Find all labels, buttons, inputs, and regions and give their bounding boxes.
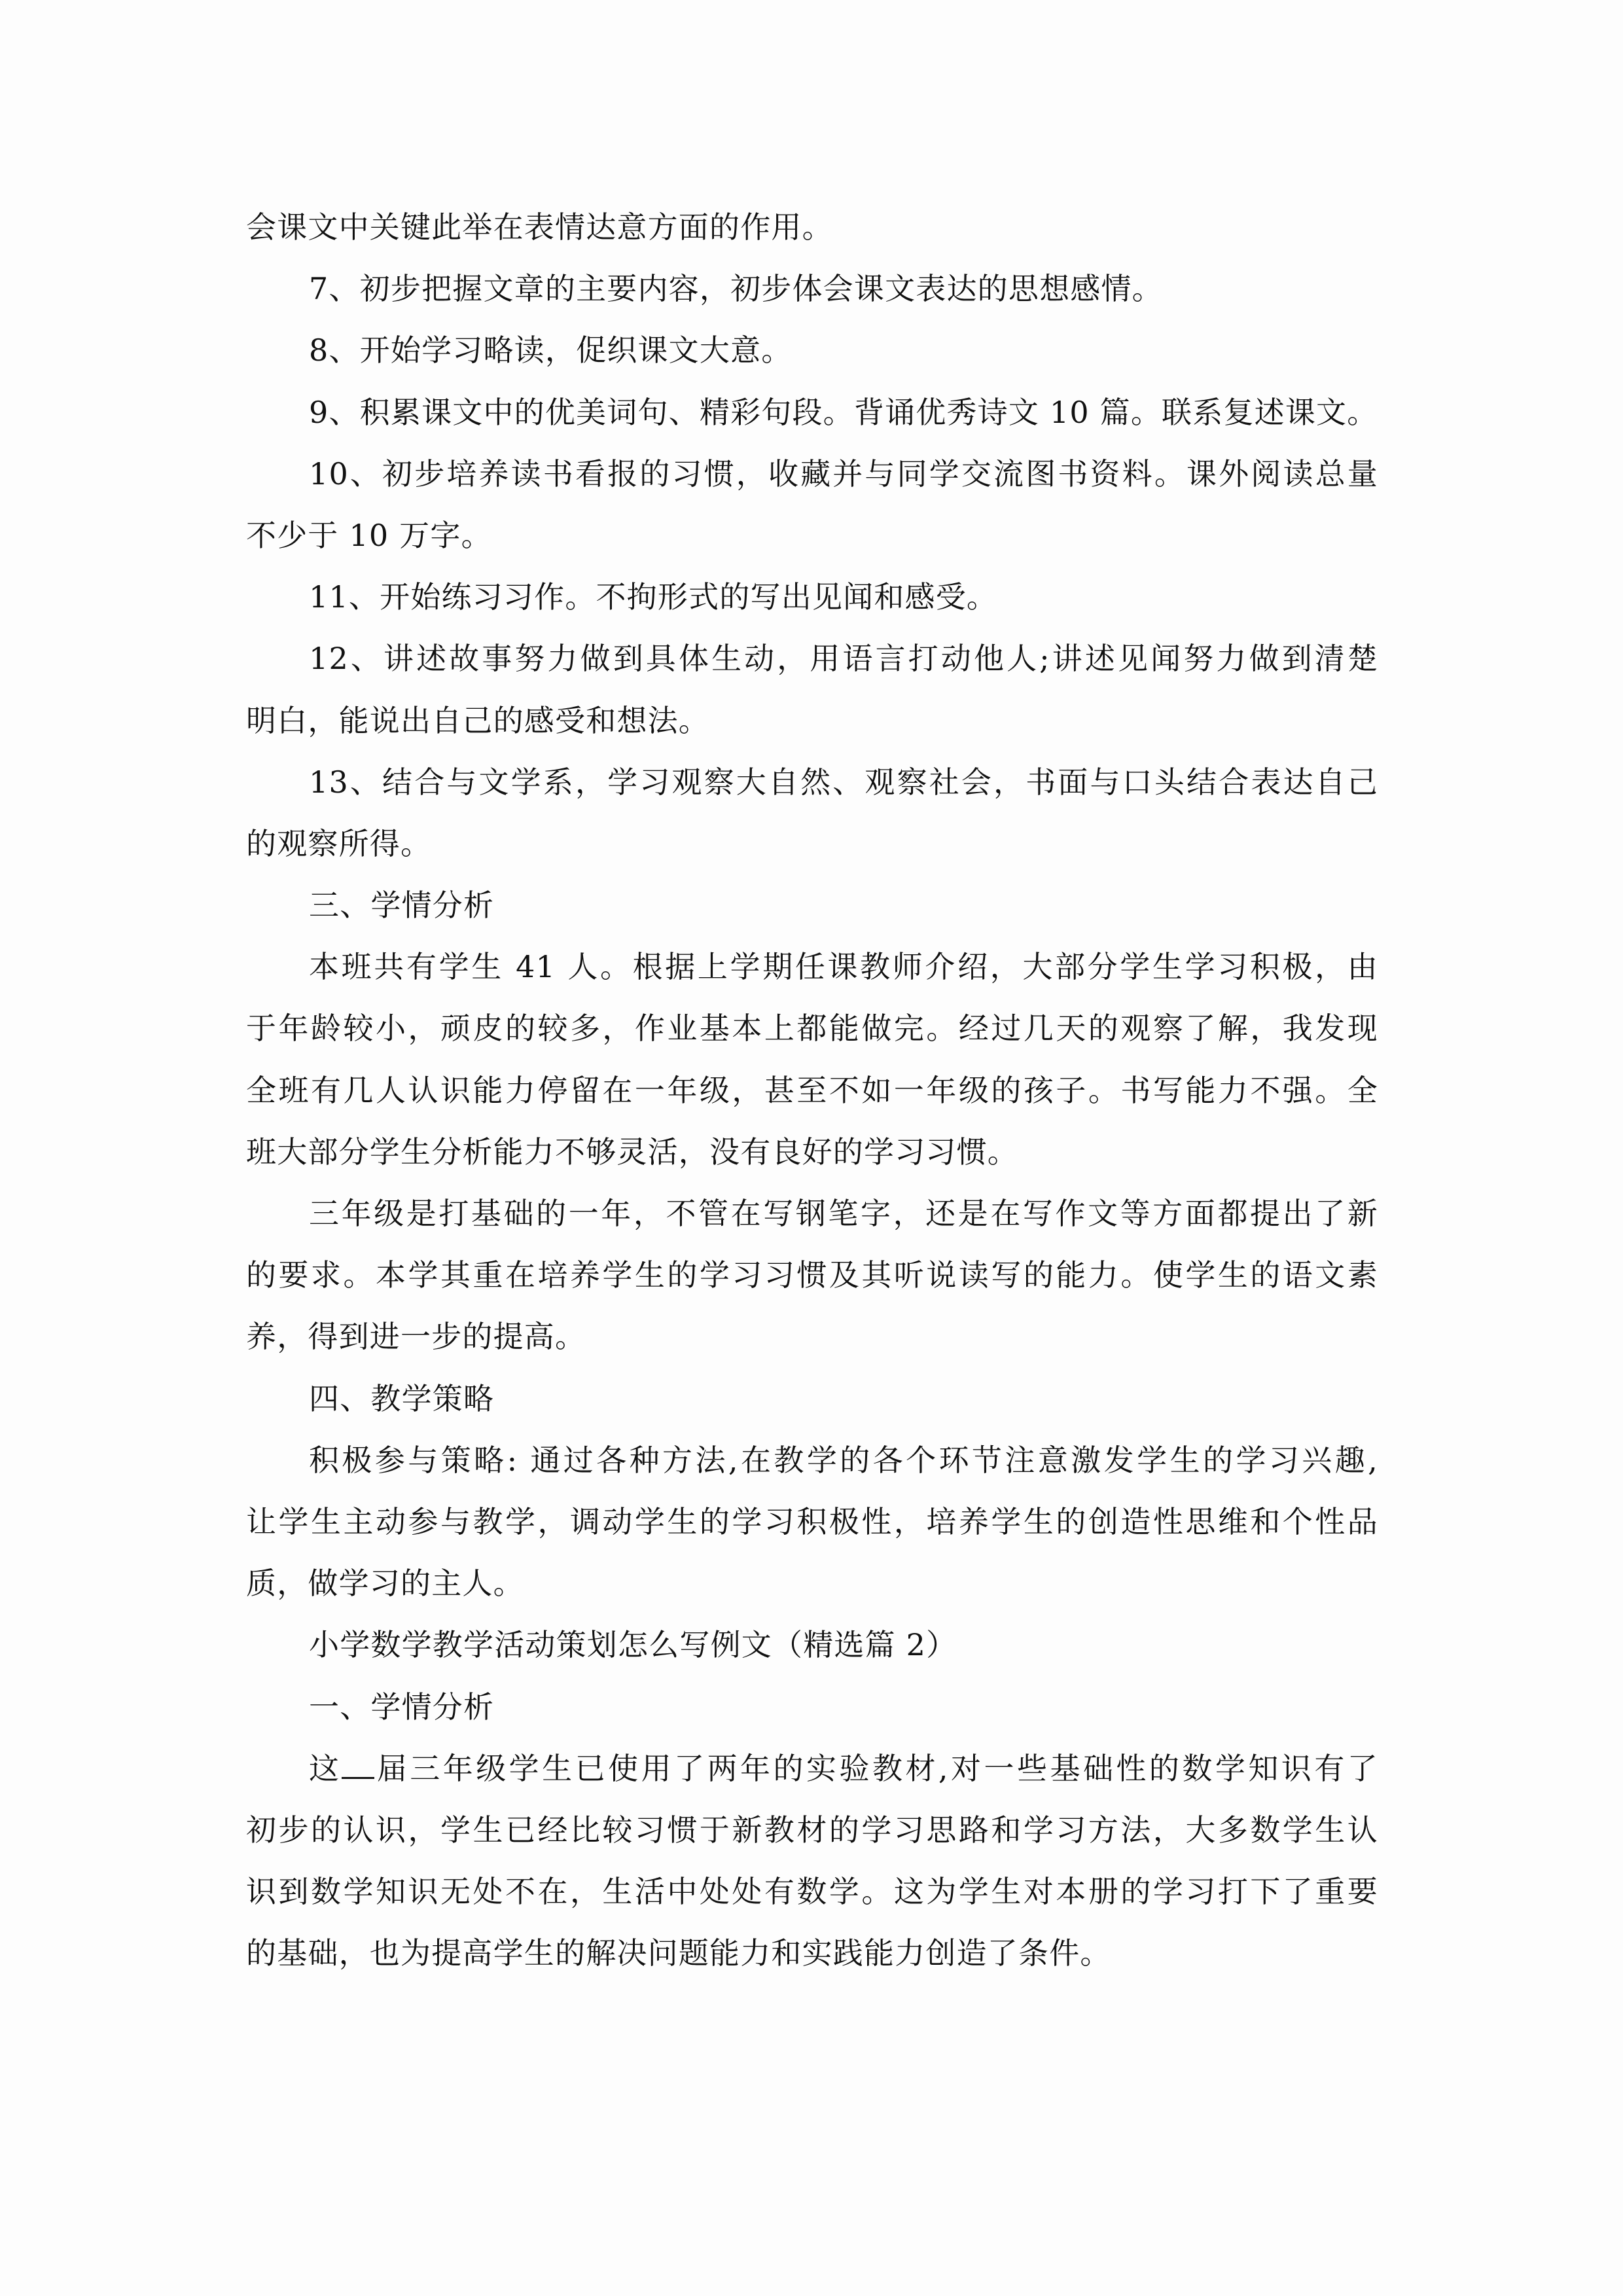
section-heading-teaching-strategy: 四、教学策略 <box>246 1368 1378 1429</box>
list-item-12-line-1: 12、讲述故事努力做到具体生动，用语言打动他人;讲述见闻努力做到清楚 <box>246 628 1378 689</box>
strategy-paragraph-line-3: 质，做学习的主人。 <box>246 1552 1378 1614</box>
math-paragraph-line-1-text: 届三年级学生已使用了两年的实验教材,对一些基础性的数学知识有了 <box>374 1751 1378 1786</box>
class-paragraph-line-3: 全班有几人认识能力停留在一年级，甚至不如一年级的孩子。书写能力不强。全 <box>246 1060 1378 1121</box>
grade3-paragraph-line-2: 的要求。本学其重在培养学生的学习习惯及其听说读写的能力。使学生的语文素 <box>246 1244 1378 1306</box>
list-item-6-continuation: 会课文中关键此举在表情达意方面的作用。 <box>246 196 1378 258</box>
article-title: 小学数学教学活动策划怎么写例文（精选篇 2） <box>246 1614 1378 1676</box>
math-paragraph-line-3: 识到数学知识无处不在，生活中处处有数学。这为学生对本册的学习打下了重要 <box>246 1861 1378 1922</box>
list-item-9: 9、积累课文中的优美词句、精彩句段。背诵优秀诗文 10 篇。联系复述课文。 <box>246 382 1378 443</box>
list-item-11: 11、开始练习习作。不拘形式的写出见闻和感受。 <box>246 566 1378 628</box>
list-item-12-line-2: 明白，能说出自己的感受和想法。 <box>246 690 1378 751</box>
strategy-paragraph-line-1: 积极参与策略: 通过各种方法,在教学的各个环节注意激发学生的学习兴趣, <box>246 1429 1378 1491</box>
section-heading-student-analysis-2: 一、学情分析 <box>246 1676 1378 1738</box>
math-paragraph-prefix: 这 <box>309 1751 342 1786</box>
fill-in-blank <box>342 1757 374 1779</box>
class-paragraph-line-2: 于年龄较小，顽皮的较多，作业基本上都能做完。经过几天的观察了解，我发现 <box>246 997 1378 1059</box>
section-heading-student-analysis: 三、学情分析 <box>246 874 1378 936</box>
grade3-paragraph-line-3: 养，得到进一步的提高。 <box>246 1306 1378 1367</box>
math-paragraph-line-1: 这届三年级学生已使用了两年的实验教材,对一些基础性的数学知识有了 <box>246 1738 1378 1799</box>
math-paragraph-line-4: 的基础，也为提高学生的解决问题能力和实践能力创造了条件。 <box>246 1922 1378 1984</box>
list-item-10-line-2: 不少于 10 万字。 <box>246 505 1378 566</box>
list-item-10-line-1: 10、初步培养读书看报的习惯，收藏并与同学交流图书资料。课外阅读总量 <box>246 443 1378 505</box>
list-item-7: 7、初步把握文章的主要内容，初步体会课文表达的思想感情。 <box>246 258 1378 319</box>
list-item-13-line-1: 13、结合与文学系，学习观察大自然、观察社会，书面与口头结合表达自己 <box>246 751 1378 813</box>
text-column: 会课文中关键此举在表情达意方面的作用。 7、初步把握文章的主要内容，初步体会课文… <box>246 196 1378 1984</box>
class-paragraph-line-4: 班大部分学生分析能力不够灵活，没有良好的学习习惯。 <box>246 1121 1378 1183</box>
grade3-paragraph-line-1: 三年级是打基础的一年，不管在写钢笔字，还是在写作文等方面都提出了新 <box>246 1183 1378 1244</box>
list-item-8: 8、开始学习略读，促织课文大意。 <box>246 319 1378 381</box>
math-paragraph-line-2: 初步的认识，学生已经比较习惯于新教材的学习思路和学习方法，大多数学生认 <box>246 1799 1378 1861</box>
list-item-13-line-2: 的观察所得。 <box>246 813 1378 874</box>
class-paragraph-line-1: 本班共有学生 41 人。根据上学期任课教师介绍，大部分学生学习积极，由 <box>246 936 1378 997</box>
document-page: 会课文中关键此举在表情达意方面的作用。 7、初步把握文章的主要内容，初步体会课文… <box>0 0 1623 2296</box>
strategy-paragraph-line-2: 让学生主动参与教学，调动学生的学习积极性，培养学生的创造性思维和个性品 <box>246 1491 1378 1552</box>
